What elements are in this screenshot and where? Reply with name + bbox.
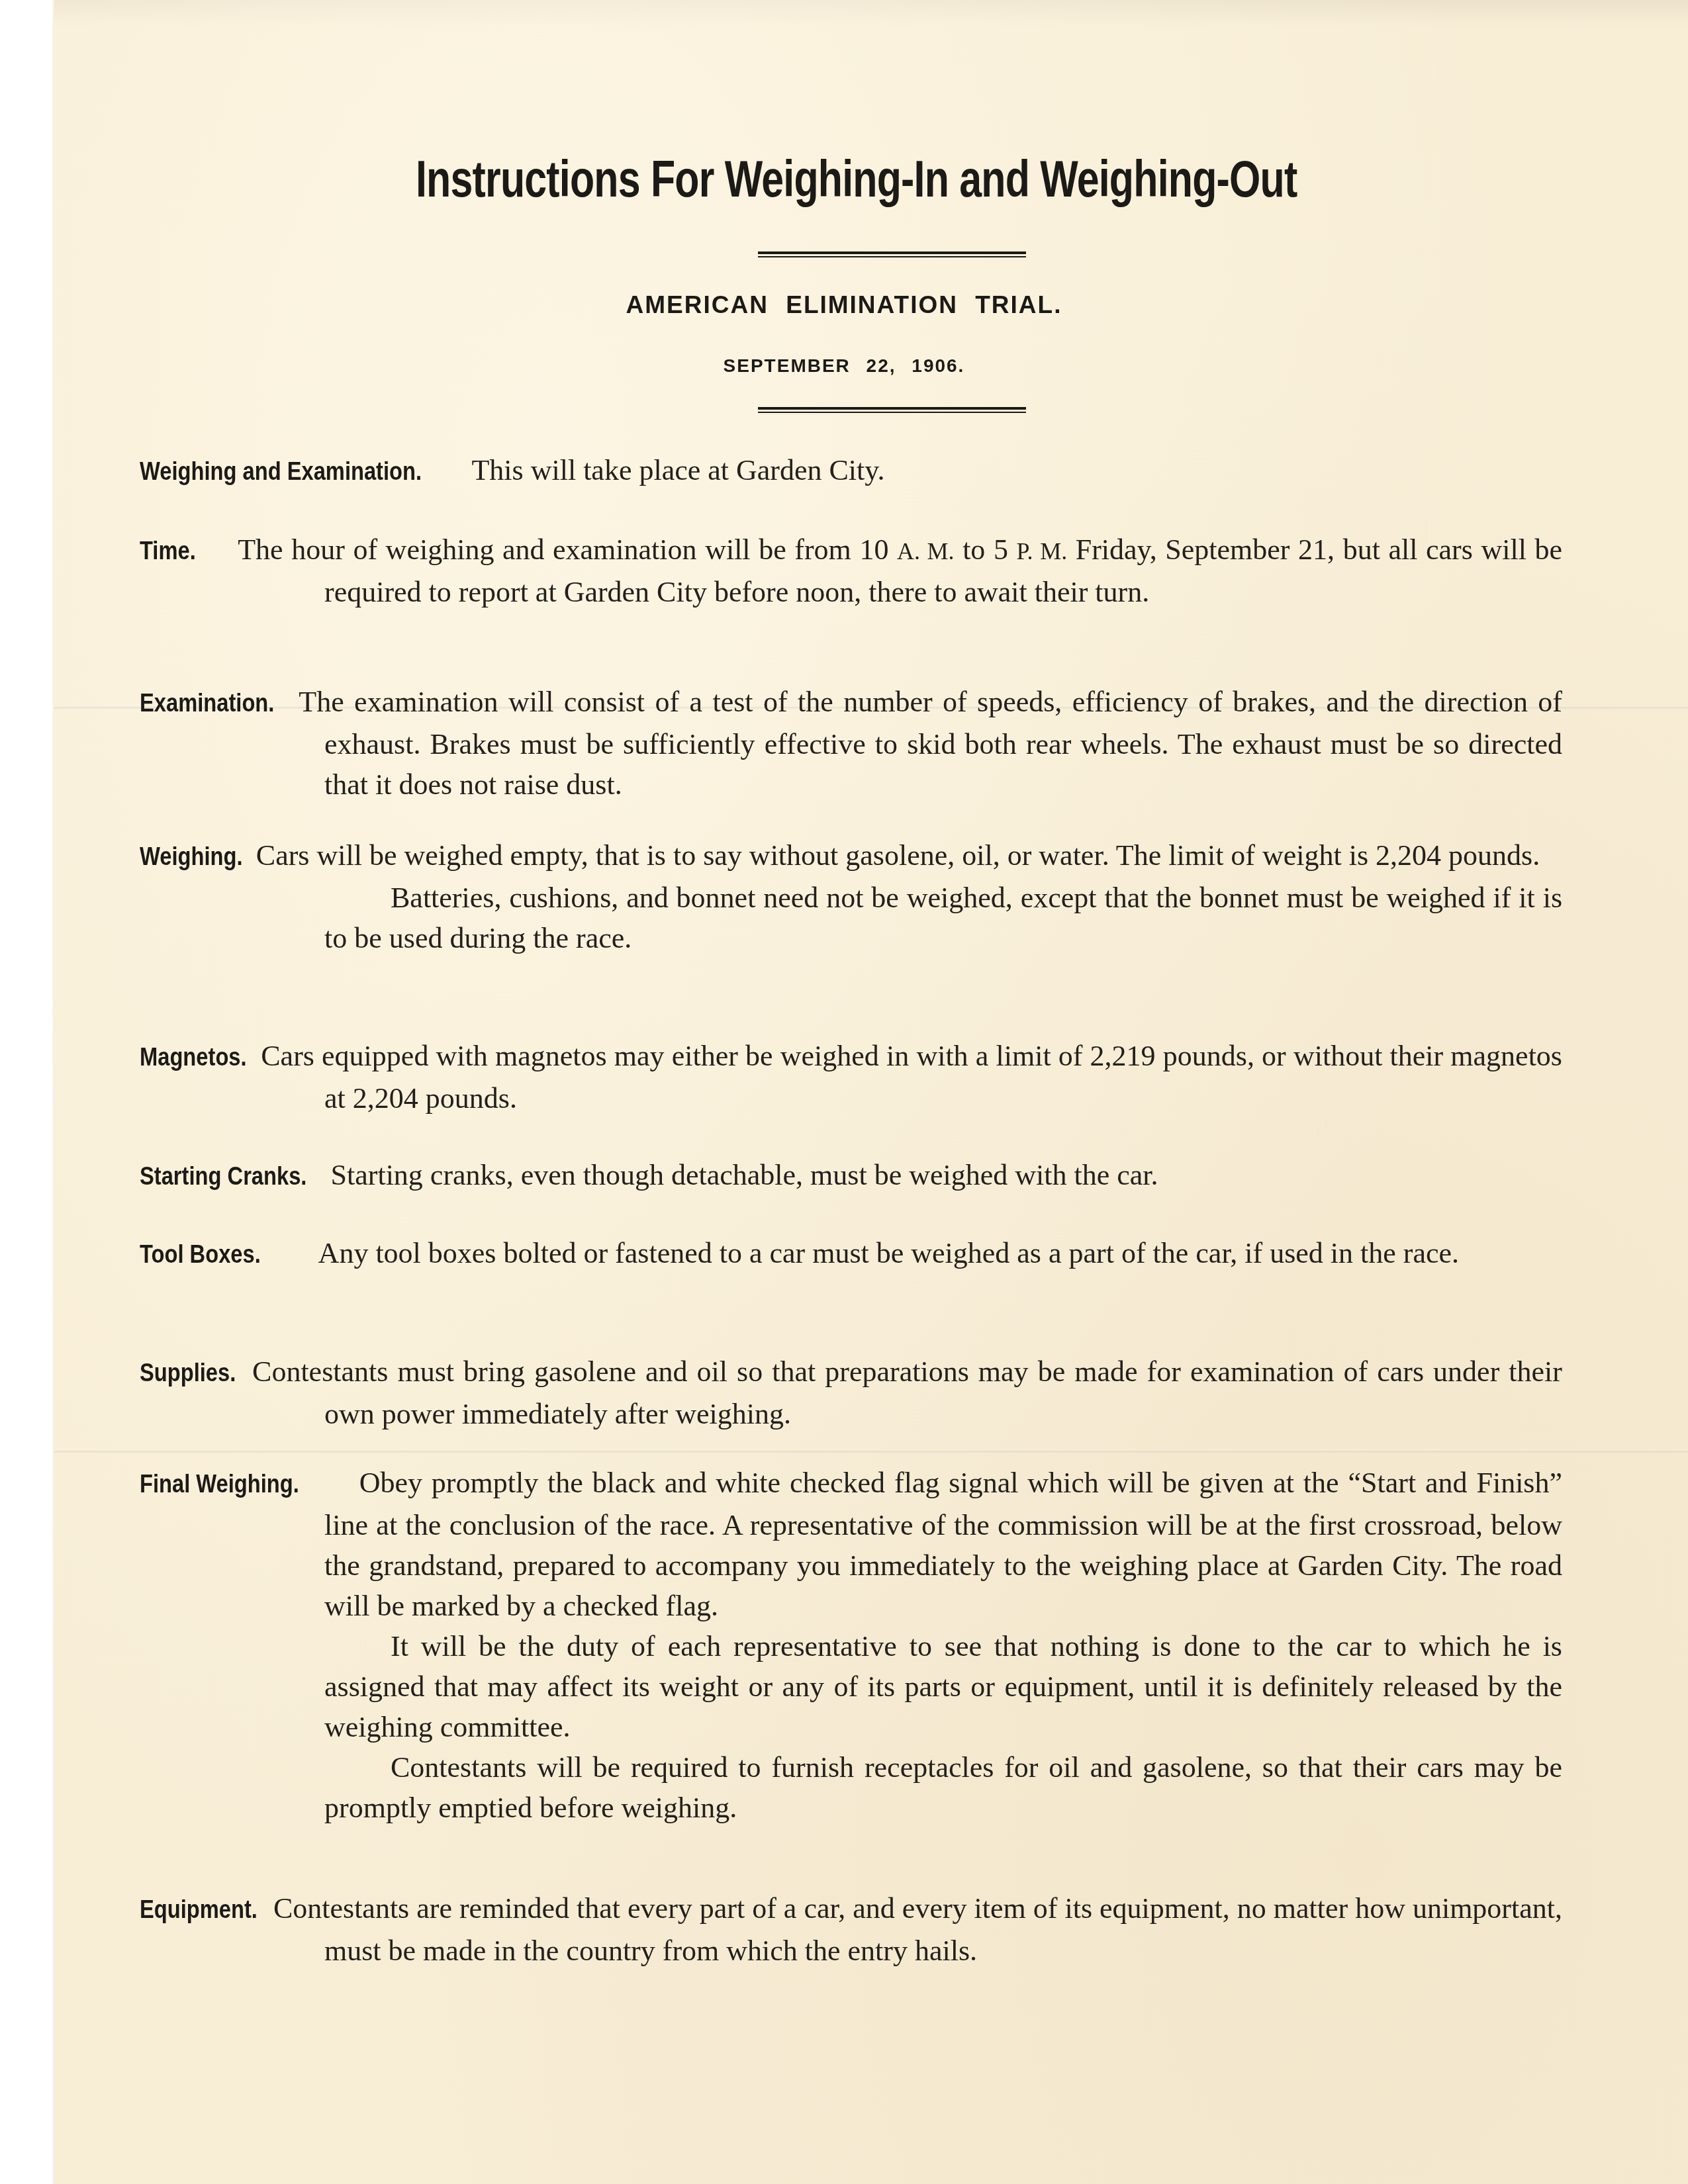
section-heading: Final Weighing. — [225, 1465, 328, 1505]
section-examination: Examination. The examination will consis… — [225, 682, 1562, 805]
paper-fold-crease — [54, 1449, 1688, 1453]
section-text: Cars will be weighed empty, that is to s… — [256, 839, 1540, 872]
section-heading: Starting Cranks. — [225, 1157, 306, 1197]
section-heading: Weighing and Examination. — [225, 452, 422, 492]
section-heading: Equipment. — [225, 1890, 258, 1931]
section-magnetos: Magnetos. Cars equipped with magnetos ma… — [225, 1036, 1562, 1118]
section-text: Batteries, cushions, and bonnet need not… — [225, 878, 1562, 958]
section-tool-boxes: Tool Boxes. Any tool boxes bolted or fas… — [225, 1233, 1562, 1275]
section-starting-cranks: Starting Cranks. Starting cranks, even t… — [225, 1155, 1562, 1197]
section-weighing: Weighing. Cars will be weighed empty, th… — [225, 835, 1562, 958]
section-text: Obey promptly the black and white checke… — [324, 1467, 1562, 1622]
document-subtitle: AMERICAN ELIMINATION TRIAL. — [0, 291, 1688, 319]
double-rule-divider — [758, 251, 1026, 258]
section-heading: Tool Boxes. — [225, 1235, 296, 1275]
section-text: It will be the duty of each representati… — [225, 1626, 1562, 1747]
time-pm: P. M. — [1017, 538, 1068, 565]
section-heading: Supplies. — [225, 1353, 236, 1394]
section-equipment: Equipment. Contestants are reminded that… — [225, 1888, 1562, 1971]
section-time: Time. The hour of weighing and examinati… — [225, 529, 1562, 612]
section-text: Starting cranks, even though detachable,… — [331, 1159, 1158, 1191]
section-heading: Magnetos. — [225, 1038, 247, 1078]
time-am: A. M. — [897, 538, 955, 565]
section-supplies: Supplies. Contestants must bring gasolen… — [225, 1351, 1562, 1434]
section-text: The examination will consist of a test o… — [299, 686, 1562, 801]
section-text: Any tool boxes bolted or fastened to a c… — [318, 1237, 1459, 1269]
section-text: to 5 — [955, 533, 1017, 566]
section-text: Contestants must bring gasolene and oil … — [252, 1355, 1562, 1430]
section-text: Contestants will be required to furnish … — [225, 1747, 1562, 1828]
section-text: This will take place at Garden City. — [471, 454, 884, 486]
section-heading: Examination. — [225, 684, 274, 724]
document-date: SEPTEMBER 22, 1906. — [0, 355, 1688, 377]
section-text: Contestants are reminded that every part… — [273, 1892, 1562, 1967]
double-rule-divider — [758, 407, 1026, 414]
section-text: The hour of weighing and examination wil… — [238, 533, 897, 566]
section-final-weighing: Final Weighing. Obey promptly the black … — [225, 1463, 1562, 1828]
document-title: Instructions For Weighing-In and Weighin… — [198, 149, 1515, 209]
section-weighing-and-examination: Weighing and Examination. This will take… — [225, 450, 1562, 492]
section-heading: Weighing. — [225, 837, 243, 878]
section-text: Cars equipped with magnetos may either b… — [261, 1040, 1562, 1115]
